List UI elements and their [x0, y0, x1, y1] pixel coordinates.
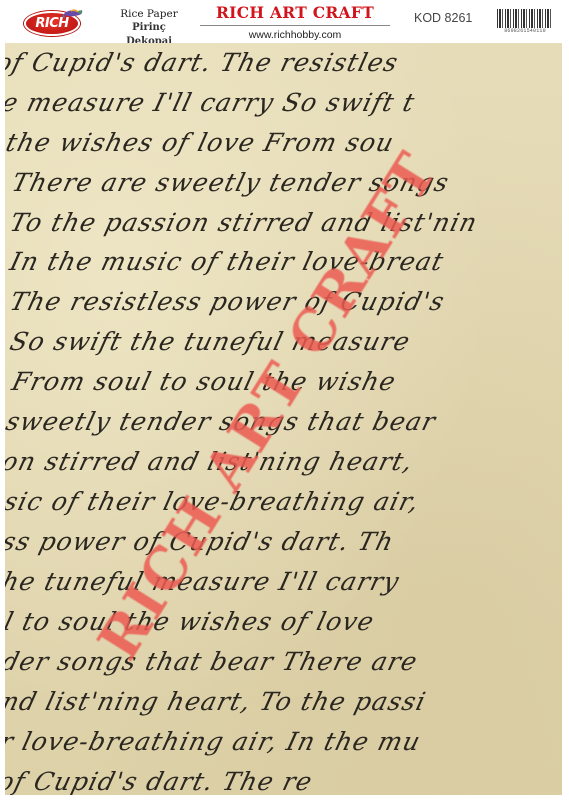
script-line: he tuneful measure I'll carry [5, 567, 403, 596]
website-link[interactable]: www.richhobby.com [200, 28, 390, 42]
chameleon-icon [62, 8, 84, 18]
barcode-digits: 8698261540110 [497, 28, 553, 34]
script-line: der songs that bear There are [5, 647, 421, 676]
rich-logo: RICH [24, 8, 86, 36]
product-header: RICH Rice Paper Pirinç Dekopaj RICH ART … [0, 0, 569, 43]
script-line: l to soul the wishes of love [5, 607, 378, 636]
script-line: the wishes of love From sou [5, 128, 398, 157]
script-line: of Cupid's dart. The re [5, 767, 316, 795]
brand-block: RICH ART CRAFT www.richhobby.com [200, 4, 390, 42]
logo-text: RICH [24, 16, 80, 31]
barcode: 8698261540110 [497, 9, 553, 35]
script-line: r love-breathing air, In the mu [5, 727, 424, 756]
script-line: of Cupid's dart. The resistles [5, 48, 402, 77]
script-line: From soul to soul the wishe [9, 367, 400, 396]
barcode-icon [497, 9, 553, 28]
script-line: The resistless power of Cupid's [7, 287, 448, 316]
script-line: nd list'ning heart, To the passi [5, 687, 429, 716]
brand-title: RICH ART CRAFT [200, 4, 390, 26]
script-line: e measure I'll carry So swift t [5, 88, 418, 117]
product-type-english: Rice Paper [110, 7, 188, 21]
product-code: KOD 8261 [414, 11, 472, 25]
